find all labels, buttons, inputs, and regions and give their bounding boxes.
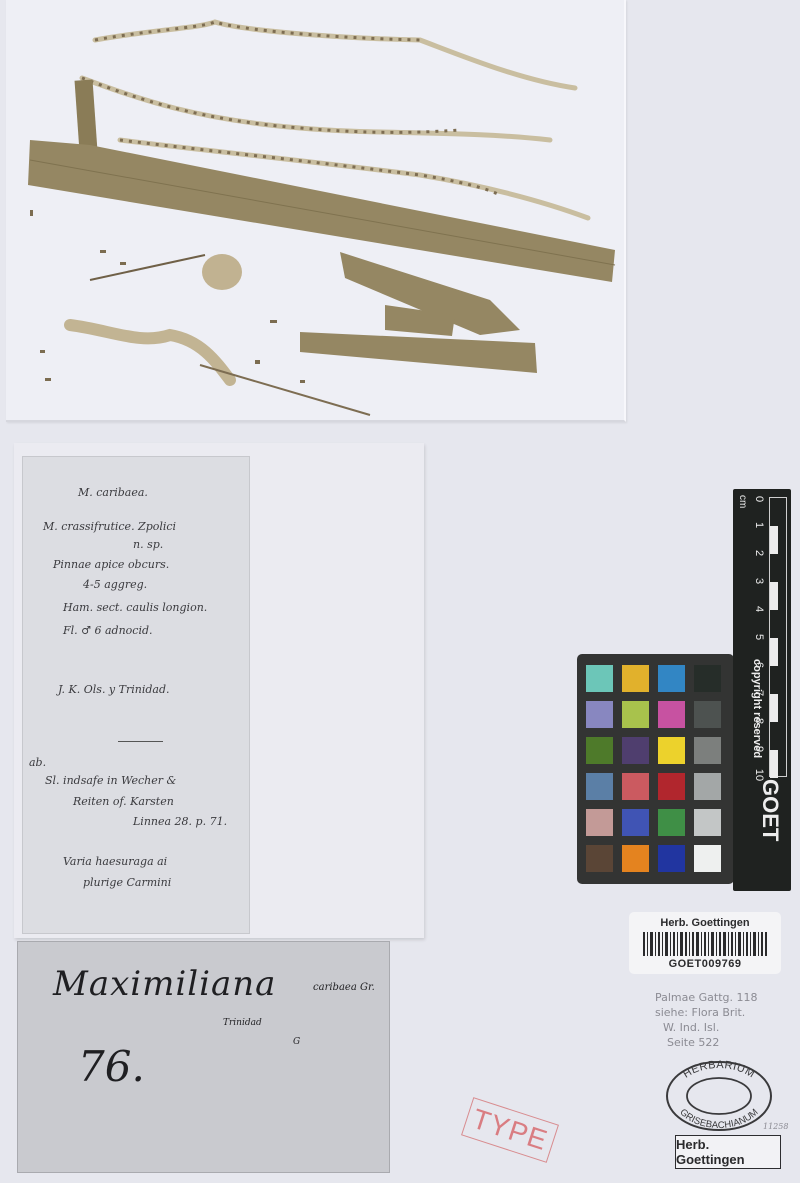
note-line: ab. (29, 755, 46, 771)
color-swatch (622, 737, 649, 764)
barcode-id: GOET009769 (629, 958, 781, 970)
genus-name: Maximiliana (53, 964, 276, 1004)
color-swatch (658, 737, 685, 764)
copyright-text: copyright reserved (751, 659, 763, 758)
herbarium-box-label: Herb. Goettingen (675, 1135, 781, 1169)
color-swatch (586, 701, 613, 728)
note-line: Fl. ♂ 6 adnocid. (63, 623, 153, 639)
color-swatch (694, 665, 721, 692)
plant-specimen (0, 0, 640, 430)
type-stamp: TYPE (461, 1097, 559, 1163)
ruler-tick: 2 (753, 546, 765, 560)
color-swatch (586, 737, 613, 764)
color-swatch (694, 845, 721, 872)
note-line: Reiten of. Karsten (73, 794, 174, 810)
note-line: Sl. indsafe in Wecher & (45, 773, 176, 789)
color-swatch (622, 665, 649, 692)
pencil-line: W. Ind. Isl. (655, 1020, 800, 1035)
note-line: Ham. sect. caulis longion. (63, 600, 207, 616)
svg-text:GRISEBACHIANUM: GRISEBACHIANUM (678, 1107, 761, 1131)
pencil-line: Seite 522 (655, 1035, 800, 1050)
ruler-scale-bar (769, 497, 787, 777)
color-swatch (694, 737, 721, 764)
note-line: Pinnae apice obcurs. (53, 557, 169, 573)
color-swatch (586, 845, 613, 872)
pencil-line: Palmae Gattg. 118 (655, 990, 800, 1005)
original-label: Maximiliana caribaea Gr. Trinidad G 76. (17, 941, 390, 1173)
color-swatch (622, 773, 649, 800)
color-swatch (694, 809, 721, 836)
color-swatch (658, 845, 685, 872)
color-swatch (622, 809, 649, 836)
institution-logo: GOET (757, 779, 783, 841)
note-line: J. K. Ols. y Trinidad. (58, 682, 170, 698)
color-swatch (658, 809, 685, 836)
handwritten-note: M. caribaea. M. crassifrutice. Zpolici n… (22, 456, 250, 934)
ruler-unit: cm (737, 495, 748, 508)
epithet-note: caribaea Gr. (313, 982, 375, 993)
color-calibration-chart (577, 654, 734, 884)
note-line: Varia haesuraga ai (63, 854, 167, 870)
color-swatch (658, 701, 685, 728)
locality: Trinidad (223, 1018, 262, 1028)
note-line: M. crassifrutice. Zpolici (43, 519, 176, 535)
ruler-tick: 5 (753, 630, 765, 644)
note-line: Linnea 28. p. 71. (133, 814, 227, 830)
ruler-tick: 4 (753, 602, 765, 616)
scale-ruler: cm 0 1 2 3 4 5 6 7 8 9 10 copyright rese… (733, 489, 791, 891)
note-line: n. sp. (133, 537, 163, 553)
color-swatch (658, 773, 685, 800)
color-swatch (694, 773, 721, 800)
note-line: plurige Carmini (83, 875, 171, 891)
note-line: M. caribaea. (78, 485, 148, 501)
color-swatch (622, 845, 649, 872)
herbarium-stamp: HERBARIUM GRISEBACHIANUM (665, 1060, 773, 1132)
color-swatch (586, 809, 613, 836)
barcode-icon (643, 932, 767, 956)
mark: G (293, 1037, 300, 1047)
barcode-label: Herb. Goettingen GOET009769 (629, 912, 781, 974)
ruler-tick: 0 (753, 492, 765, 506)
color-swatch (586, 773, 613, 800)
divider (118, 741, 163, 742)
ruler-tick: 1 (753, 518, 765, 532)
pencil-line: siehe: Flora Brit. (655, 1005, 800, 1020)
color-swatch (658, 665, 685, 692)
color-swatch (694, 701, 721, 728)
barcode-title: Herb. Goettingen (629, 917, 781, 929)
accession-number: 11258 (763, 1122, 788, 1131)
color-swatch (586, 665, 613, 692)
color-swatch (622, 701, 649, 728)
specimen-number: 76. (78, 1042, 145, 1091)
ruler-tick: 3 (753, 574, 765, 588)
pencil-annotation: Palmae Gattg. 118 siehe: Flora Brit. W. … (655, 990, 800, 1050)
note-line: 4-5 aggreg. (83, 577, 147, 593)
